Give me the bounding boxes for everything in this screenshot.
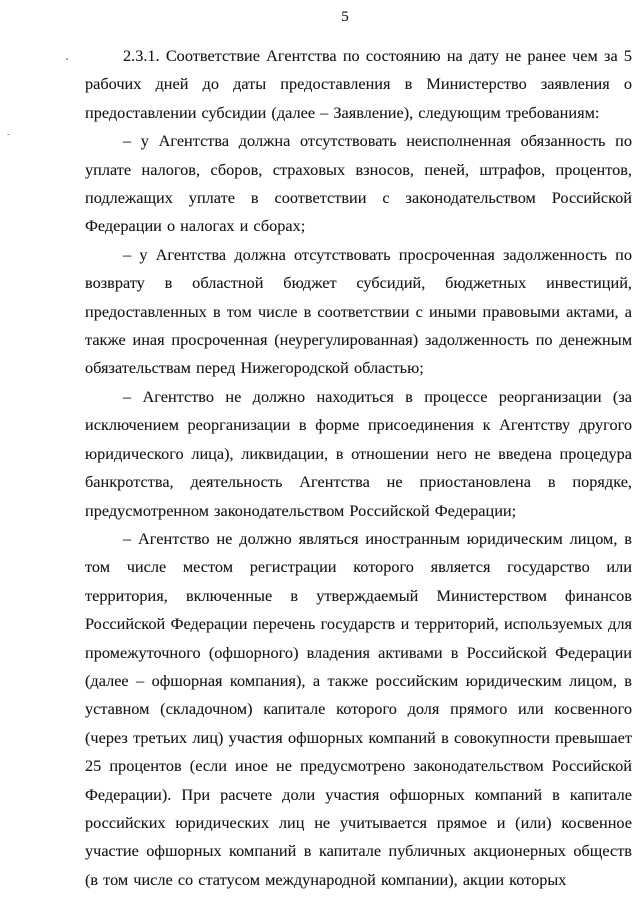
document-page: 5 2.3.1. Соответствие Агентства по состо… — [0, 0, 640, 905]
page-number: 5 — [85, 8, 605, 26]
scan-artifact — [7, 134, 10, 135]
paragraph-clause-2-3-1: 2.3.1. Соответствие Агентства по состоян… — [85, 42, 632, 127]
page-content: 2.3.1. Соответствие Агентства по состоян… — [85, 42, 632, 894]
paragraph-requirement-overdue-debt: – у Агентства должна отсутствовать проср… — [85, 241, 632, 383]
scan-artifact — [66, 58, 68, 60]
paragraph-requirement-foreign-entity: – Агентство не должно являться иностранн… — [85, 525, 632, 894]
paragraph-requirement-reorganization: – Агентство не должно находиться в проце… — [85, 383, 632, 525]
paragraph-requirement-taxes: – у Агентства должна отсутствовать неисп… — [85, 127, 632, 241]
